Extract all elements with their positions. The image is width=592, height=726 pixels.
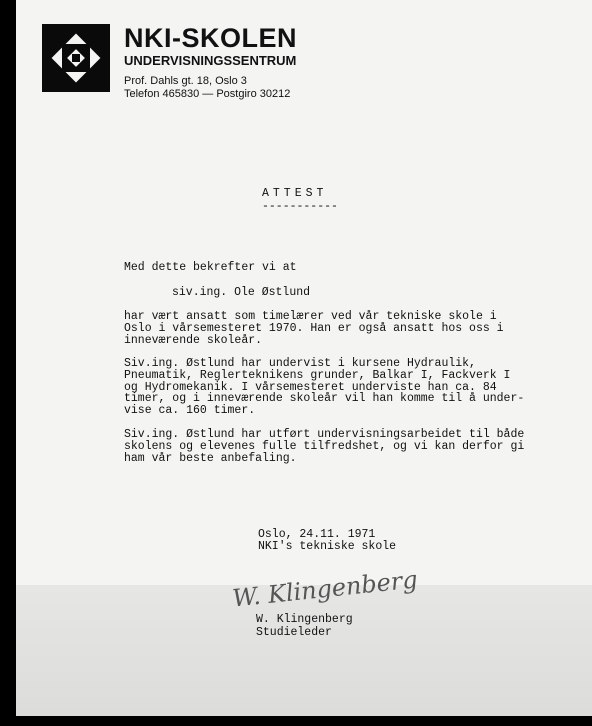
signatory-name: W. Klingenberg xyxy=(256,614,353,626)
paragraph-line: ham vår beste anbefaling. xyxy=(124,453,297,465)
paragraph-line: skolens og elevenes fulle tilfredshet, o… xyxy=(124,441,524,453)
recipient-name: siv.ing. Ole Østlund xyxy=(172,287,310,299)
paragraph-line: Oslo i vårsemesteret 1970. Han er også a… xyxy=(124,323,504,335)
school-name: NKI-SKOLEN xyxy=(124,24,297,52)
letterhead: NKI-SKOLEN UNDERVISNINGSSENTRUM Prof. Da… xyxy=(124,24,297,101)
opening-line: Med dette bekrefter vi at xyxy=(124,262,297,274)
paragraph-line: vise ca. 160 timer. xyxy=(124,405,255,417)
title-underline: ----------- xyxy=(262,201,338,213)
signatory-title: Studieleder xyxy=(256,627,332,639)
document-title: ATTEST xyxy=(262,188,327,200)
school-contact: Telefon 465830 — Postgiro 30212 xyxy=(124,88,297,101)
issuer: NKI's tekniske skole xyxy=(258,541,396,553)
nki-logo-icon xyxy=(42,24,110,92)
paragraph-line: inneværende skoleår. xyxy=(124,335,262,347)
school-subtitle: UNDERVISNINGSSENTRUM xyxy=(124,53,297,69)
school-address: Prof. Dahls gt. 18, Oslo 3 xyxy=(124,75,297,88)
paragraph-line: Pneumatik, Reglerteknikens grunder, Balk… xyxy=(124,370,510,382)
